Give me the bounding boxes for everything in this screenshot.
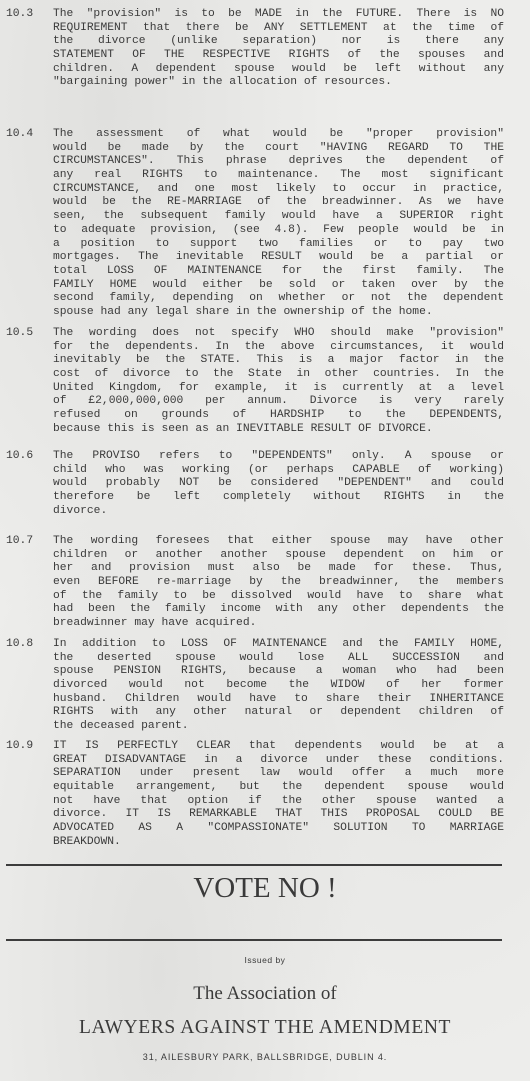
text-line: her and provision must also be made for … — [53, 562, 504, 576]
section-number: 10.4 — [6, 128, 46, 142]
text-line: divorce. — [53, 505, 504, 519]
text-line: the deceased parent. — [53, 720, 504, 734]
divider-bottom — [6, 939, 502, 941]
text-line: "bargaining power" in the allocation of … — [53, 76, 504, 90]
text-line: of £2,000,000,000 per annum. Divorce is … — [53, 395, 504, 409]
text-line: STATEMENT OF THE RESPECTIVE RIGHTS of th… — [53, 49, 504, 63]
organization-name-line2: LAWYERS AGAINST THE AMENDMENT — [0, 1017, 530, 1039]
text-line: would be made by the court "HAVING REGAR… — [53, 142, 504, 156]
text-line: child who was working (or perhaps CAPABL… — [53, 464, 504, 478]
text-line: United Kingdom, for example, it is curre… — [53, 382, 504, 396]
text-line: REQUIREMENT that there be ANY SETTLEMENT… — [53, 22, 504, 36]
text-line: children. A dependent spouse would be le… — [53, 63, 504, 77]
text-line: therefore be left completely without RIG… — [53, 491, 504, 505]
section-number: 10.5 — [6, 327, 46, 341]
text-line: a position to support two families or to… — [53, 238, 504, 252]
vote-no-slogan: VOTE NO ! — [0, 872, 530, 905]
text-line: SEPARATION under present law would offer… — [53, 767, 504, 781]
text-line: spouse had any legal share in the owners… — [53, 306, 504, 320]
section-body: The wording foresees that either spouse … — [53, 535, 504, 631]
issued-by-label: Issued by — [0, 955, 530, 965]
text-line: The wording does not specify WHO should … — [53, 327, 504, 341]
text-line: the deserted spouse would lose ALL SUCCE… — [53, 652, 504, 666]
leaflet-page: 10.3The "provision" is to be MADE in the… — [0, 0, 530, 1081]
organization-name-line1: The Association of — [0, 983, 530, 1005]
text-line: seen, the subsequent family would have a… — [53, 210, 504, 224]
text-line: FAMILY HOME would either be sold or take… — [53, 279, 504, 293]
text-line: cost of divorce to the State in other co… — [53, 368, 504, 382]
organization-address: 31, AILESBURY PARK, BALLSBRIDGE, DUBLIN … — [0, 1052, 530, 1062]
text-line: GREAT DISADVANTAGE in a divorce under th… — [53, 754, 504, 768]
text-line: The assessment of what would be "proper … — [53, 128, 504, 142]
text-line: children or another another spouse depen… — [53, 549, 504, 563]
text-line: refused on grounds of HARDSHIP to the DE… — [53, 409, 504, 423]
section-body: IT IS PERFECTLY CLEAR that dependents wo… — [53, 740, 504, 850]
text-line: would probably NOT be considered "DEPEND… — [53, 477, 504, 491]
text-line: divorce. IT IS REMARKABLE THAT THIS PROP… — [53, 808, 504, 822]
text-line: BREAKDOWN. — [53, 836, 504, 850]
text-line: inevitably be the STATE. This is a major… — [53, 354, 504, 368]
section-body: The PROVISO refers to "DEPENDENTS" only.… — [53, 450, 504, 518]
text-line: husband. Children would have to share th… — [53, 693, 504, 707]
text-line: divorced would not become the WIDOW of h… — [53, 679, 504, 693]
text-line: would be the RE-MARRIAGE of the breadwin… — [53, 196, 504, 210]
text-line: for the dependents. In the above circums… — [53, 341, 504, 355]
text-line: second family, depending on whether or n… — [53, 292, 504, 306]
text-line: breadwinner may have acquired. — [53, 617, 504, 631]
text-line: total LOSS OF MAINTENANCE for the first … — [53, 265, 504, 279]
section-body: The wording does not specify WHO should … — [53, 327, 504, 437]
section-body: In addition to LOSS OF MAINTENANCE and t… — [53, 638, 504, 734]
section-body: The assessment of what would be "proper … — [53, 128, 504, 320]
section-number: 10.9 — [6, 740, 46, 754]
divider-top — [6, 864, 502, 866]
text-line: CIRCUMSTANCE, and one most likely to occ… — [53, 183, 504, 197]
text-line: The "provision" is to be MADE in the FUT… — [53, 8, 504, 22]
text-line: had been the family income with any othe… — [53, 603, 504, 617]
text-line: spouse PENSION RIGHTS, because a woman w… — [53, 665, 504, 679]
text-line: to adequate provision, (see 4.8). Few pe… — [53, 224, 504, 238]
text-line: any real RIGHTS to maintenance. The most… — [53, 169, 504, 183]
text-line: CIRCUMSTANCES". This phrase deprives the… — [53, 155, 504, 169]
text-line: mortgages. The inevitable RESULT would b… — [53, 251, 504, 265]
text-line: because this is seen as an INEVITABLE RE… — [53, 423, 504, 437]
text-line: the divorce (unlike separation) nor is t… — [53, 35, 504, 49]
text-line: IT IS PERFECTLY CLEAR that dependents wo… — [53, 740, 504, 754]
text-line: The PROVISO refers to "DEPENDENTS" only.… — [53, 450, 504, 464]
text-line: of the family to be dissolved would have… — [53, 590, 504, 604]
section-number: 10.6 — [6, 450, 46, 464]
section-number: 10.8 — [6, 638, 46, 652]
section-body: The "provision" is to be MADE in the FUT… — [53, 8, 504, 90]
section-number: 10.7 — [6, 535, 46, 549]
text-line: not have that option if the other spouse… — [53, 795, 504, 809]
text-line: even BEFORE re-marriage by the breadwinn… — [53, 576, 504, 590]
text-line: ADVOCATED AS A "COMPASSIONATE" SOLUTION … — [53, 822, 504, 836]
text-line: RIGHTS with any other natural or depende… — [53, 706, 504, 720]
section-number: 10.3 — [6, 8, 46, 22]
text-line: equitable arrangement, but the dependent… — [53, 781, 504, 795]
text-line: In addition to LOSS OF MAINTENANCE and t… — [53, 638, 504, 652]
text-line: The wording foresees that either spouse … — [53, 535, 504, 549]
